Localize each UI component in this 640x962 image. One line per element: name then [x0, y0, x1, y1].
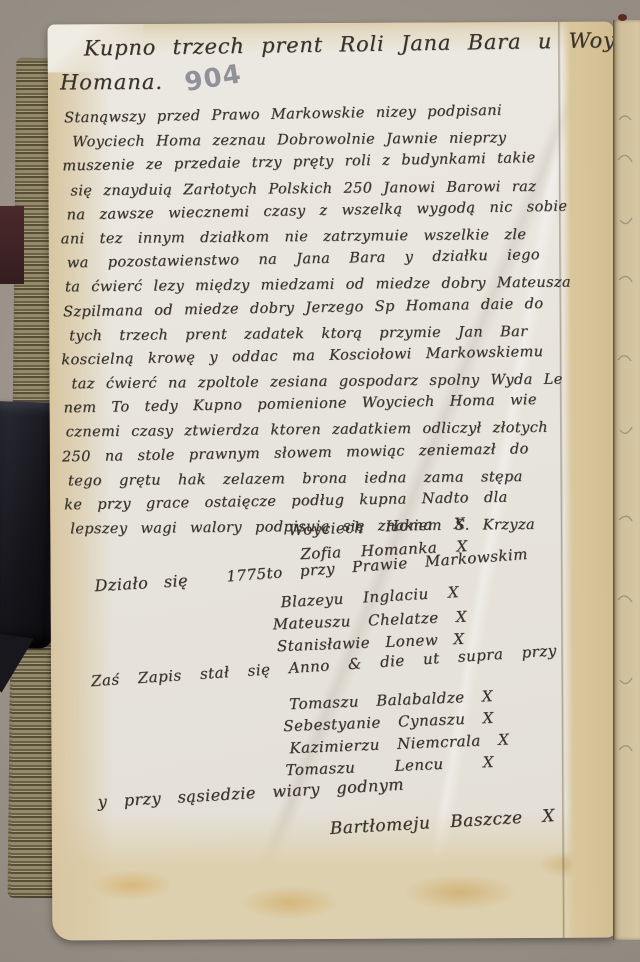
entry-title-line2-text: Homana.	[60, 70, 163, 95]
entry-title-line2: Homana.904	[60, 65, 243, 96]
witness-line: y przy sąsiedzie wiary godnym	[97, 775, 404, 812]
adjacent-page-edge	[613, 20, 640, 940]
manuscript-body: Stanąwszy przed Prawo Markowskie nizey p…	[64, 104, 600, 542]
signature-mateusz-chelatze: Mateuszu Chelatze X	[272, 608, 467, 634]
book-spine-fragment	[0, 206, 24, 284]
faint-writing-icon	[617, 100, 637, 800]
date-note-left: Działo się	[94, 571, 189, 595]
manuscript-page: Kupno trzech prent Roli Jana Bara u Woyc…	[48, 22, 619, 941]
photo-background: Kupno trzech prent Roli Jana Bara u Woyc…	[0, 0, 640, 962]
signature-blazey-inglaciu: Blazeyu Inglaciu X	[280, 583, 459, 611]
pencil-page-number: 904	[183, 59, 244, 98]
ink-speck	[618, 14, 627, 21]
signature-bartlomiej-baszcze: Bartłomeju Baszcze X	[329, 806, 555, 839]
entry-title-line1: Kupno trzech prent Roli Jana Bara u Woyc…	[84, 27, 640, 61]
